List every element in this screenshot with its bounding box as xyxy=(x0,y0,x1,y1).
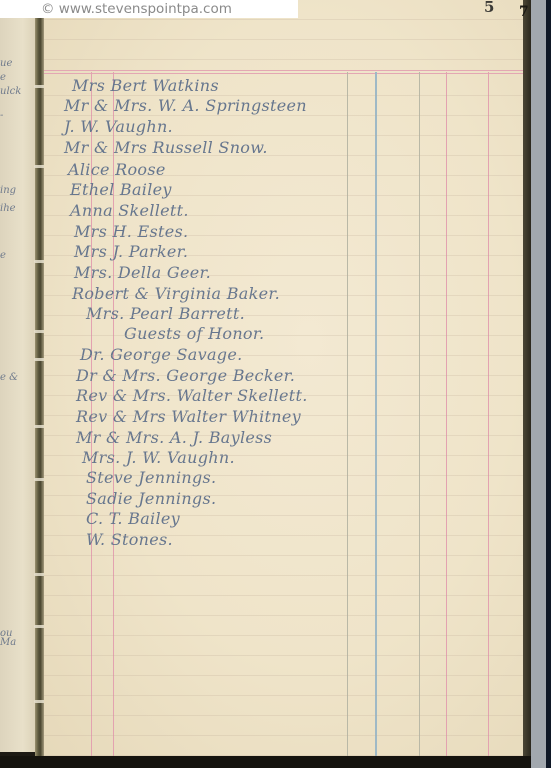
guest-entry: Mr & Mrs. A. J. Bayless xyxy=(76,428,272,447)
left-page-text: Ma xyxy=(0,637,16,648)
guest-entry: Mrs. Della Geer. xyxy=(74,263,211,282)
left-page-text: e xyxy=(0,72,6,83)
guest-entry: Mr & Mrs. W. A. Springsteen xyxy=(64,96,307,115)
guest-entry: Dr. George Savage. xyxy=(80,345,243,364)
page-number: 5 xyxy=(484,0,494,16)
column-line-grey xyxy=(419,72,420,756)
column-line-blue xyxy=(375,72,377,756)
guest-entry: Steve Jennings. xyxy=(86,468,216,487)
left-page-text: ihe xyxy=(0,203,16,214)
guest-entry: Alice Roose xyxy=(68,160,166,179)
guest-entry: Mrs. J. W. Vaughn. xyxy=(82,448,235,467)
scanned-ledger-page: ue e ulck - ing ihe e e & ou Ma 5 Mrs Be… xyxy=(0,0,551,768)
guest-entry: Anna Skellett. xyxy=(70,201,189,220)
column-line-grey xyxy=(347,72,348,756)
guest-entry: Mrs. Pearl Barrett. xyxy=(86,304,245,323)
guest-entry: C. T. Bailey xyxy=(86,509,180,528)
guest-entry: Mrs Bert Watkins xyxy=(72,76,219,95)
left-page-text: e xyxy=(0,250,6,261)
edge-mark: 7 xyxy=(519,4,529,20)
column-line-pink xyxy=(446,72,447,756)
book-right-edge xyxy=(523,0,531,768)
copyright-watermark: © www.stevenspointpa.com xyxy=(0,0,298,18)
left-page-text: ue xyxy=(0,58,12,69)
left-page-text: ulck xyxy=(0,86,21,97)
header-rule xyxy=(44,73,526,74)
guest-entry: Sadie Jennings. xyxy=(86,489,216,508)
header-rule xyxy=(44,70,526,71)
left-page-text: - xyxy=(0,110,3,121)
guest-entry: W. Stones. xyxy=(86,530,173,549)
column-line-pink xyxy=(488,72,489,756)
ledger-page: 5 Mrs Bert Watkins Mr & Mrs. W. A. Sprin… xyxy=(44,0,526,756)
guest-entry: Mrs H. Estes. xyxy=(74,222,188,241)
book-bottom-edge xyxy=(0,756,531,768)
guest-entry: J. W. Vaughn. xyxy=(64,117,173,136)
guest-entry: Mr & Mrs Russell Snow. xyxy=(64,138,268,157)
guest-entry: Robert & Virginia Baker. xyxy=(72,284,280,303)
section-heading: Guests of Honor. xyxy=(124,324,264,343)
scanner-background-dark xyxy=(546,0,551,768)
previous-page-fragment: ue e ulck - ing ihe e e & ou Ma xyxy=(0,0,38,752)
left-page-text: e & xyxy=(0,372,18,383)
book-binding-spine xyxy=(35,0,44,760)
left-page-text: ing xyxy=(0,185,16,196)
scanner-background-strip xyxy=(531,0,546,768)
guest-entry: Rev & Mrs Walter Whitney xyxy=(76,407,301,426)
guest-entry: Mrs J. Parker. xyxy=(74,242,188,261)
guest-entry: Rev & Mrs. Walter Skellett. xyxy=(76,386,308,405)
guest-entry: Dr & Mrs. George Becker. xyxy=(76,366,295,385)
guest-entry: Ethel Bailey xyxy=(70,180,172,199)
